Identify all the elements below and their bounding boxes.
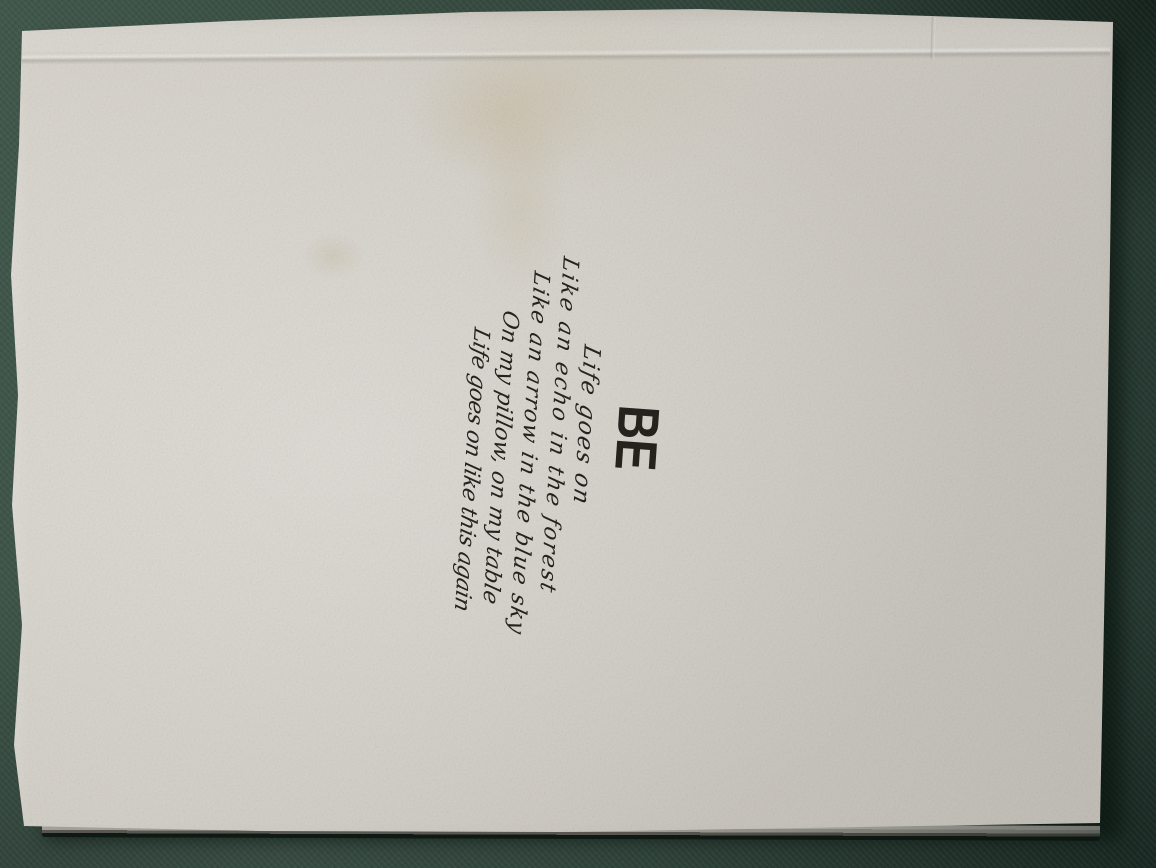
lyrics-text: Life goes on Like an echo in the forest … bbox=[447, 262, 611, 615]
booklet-page: BE Life goes on Like an echo in the fore… bbox=[0, 0, 1156, 868]
lyrics-block: BE Life goes on Like an echo in the fore… bbox=[434, 261, 671, 619]
photo-scene: BE Life goes on Like an echo in the fore… bbox=[0, 0, 1156, 868]
be-logo: BE bbox=[604, 295, 671, 580]
